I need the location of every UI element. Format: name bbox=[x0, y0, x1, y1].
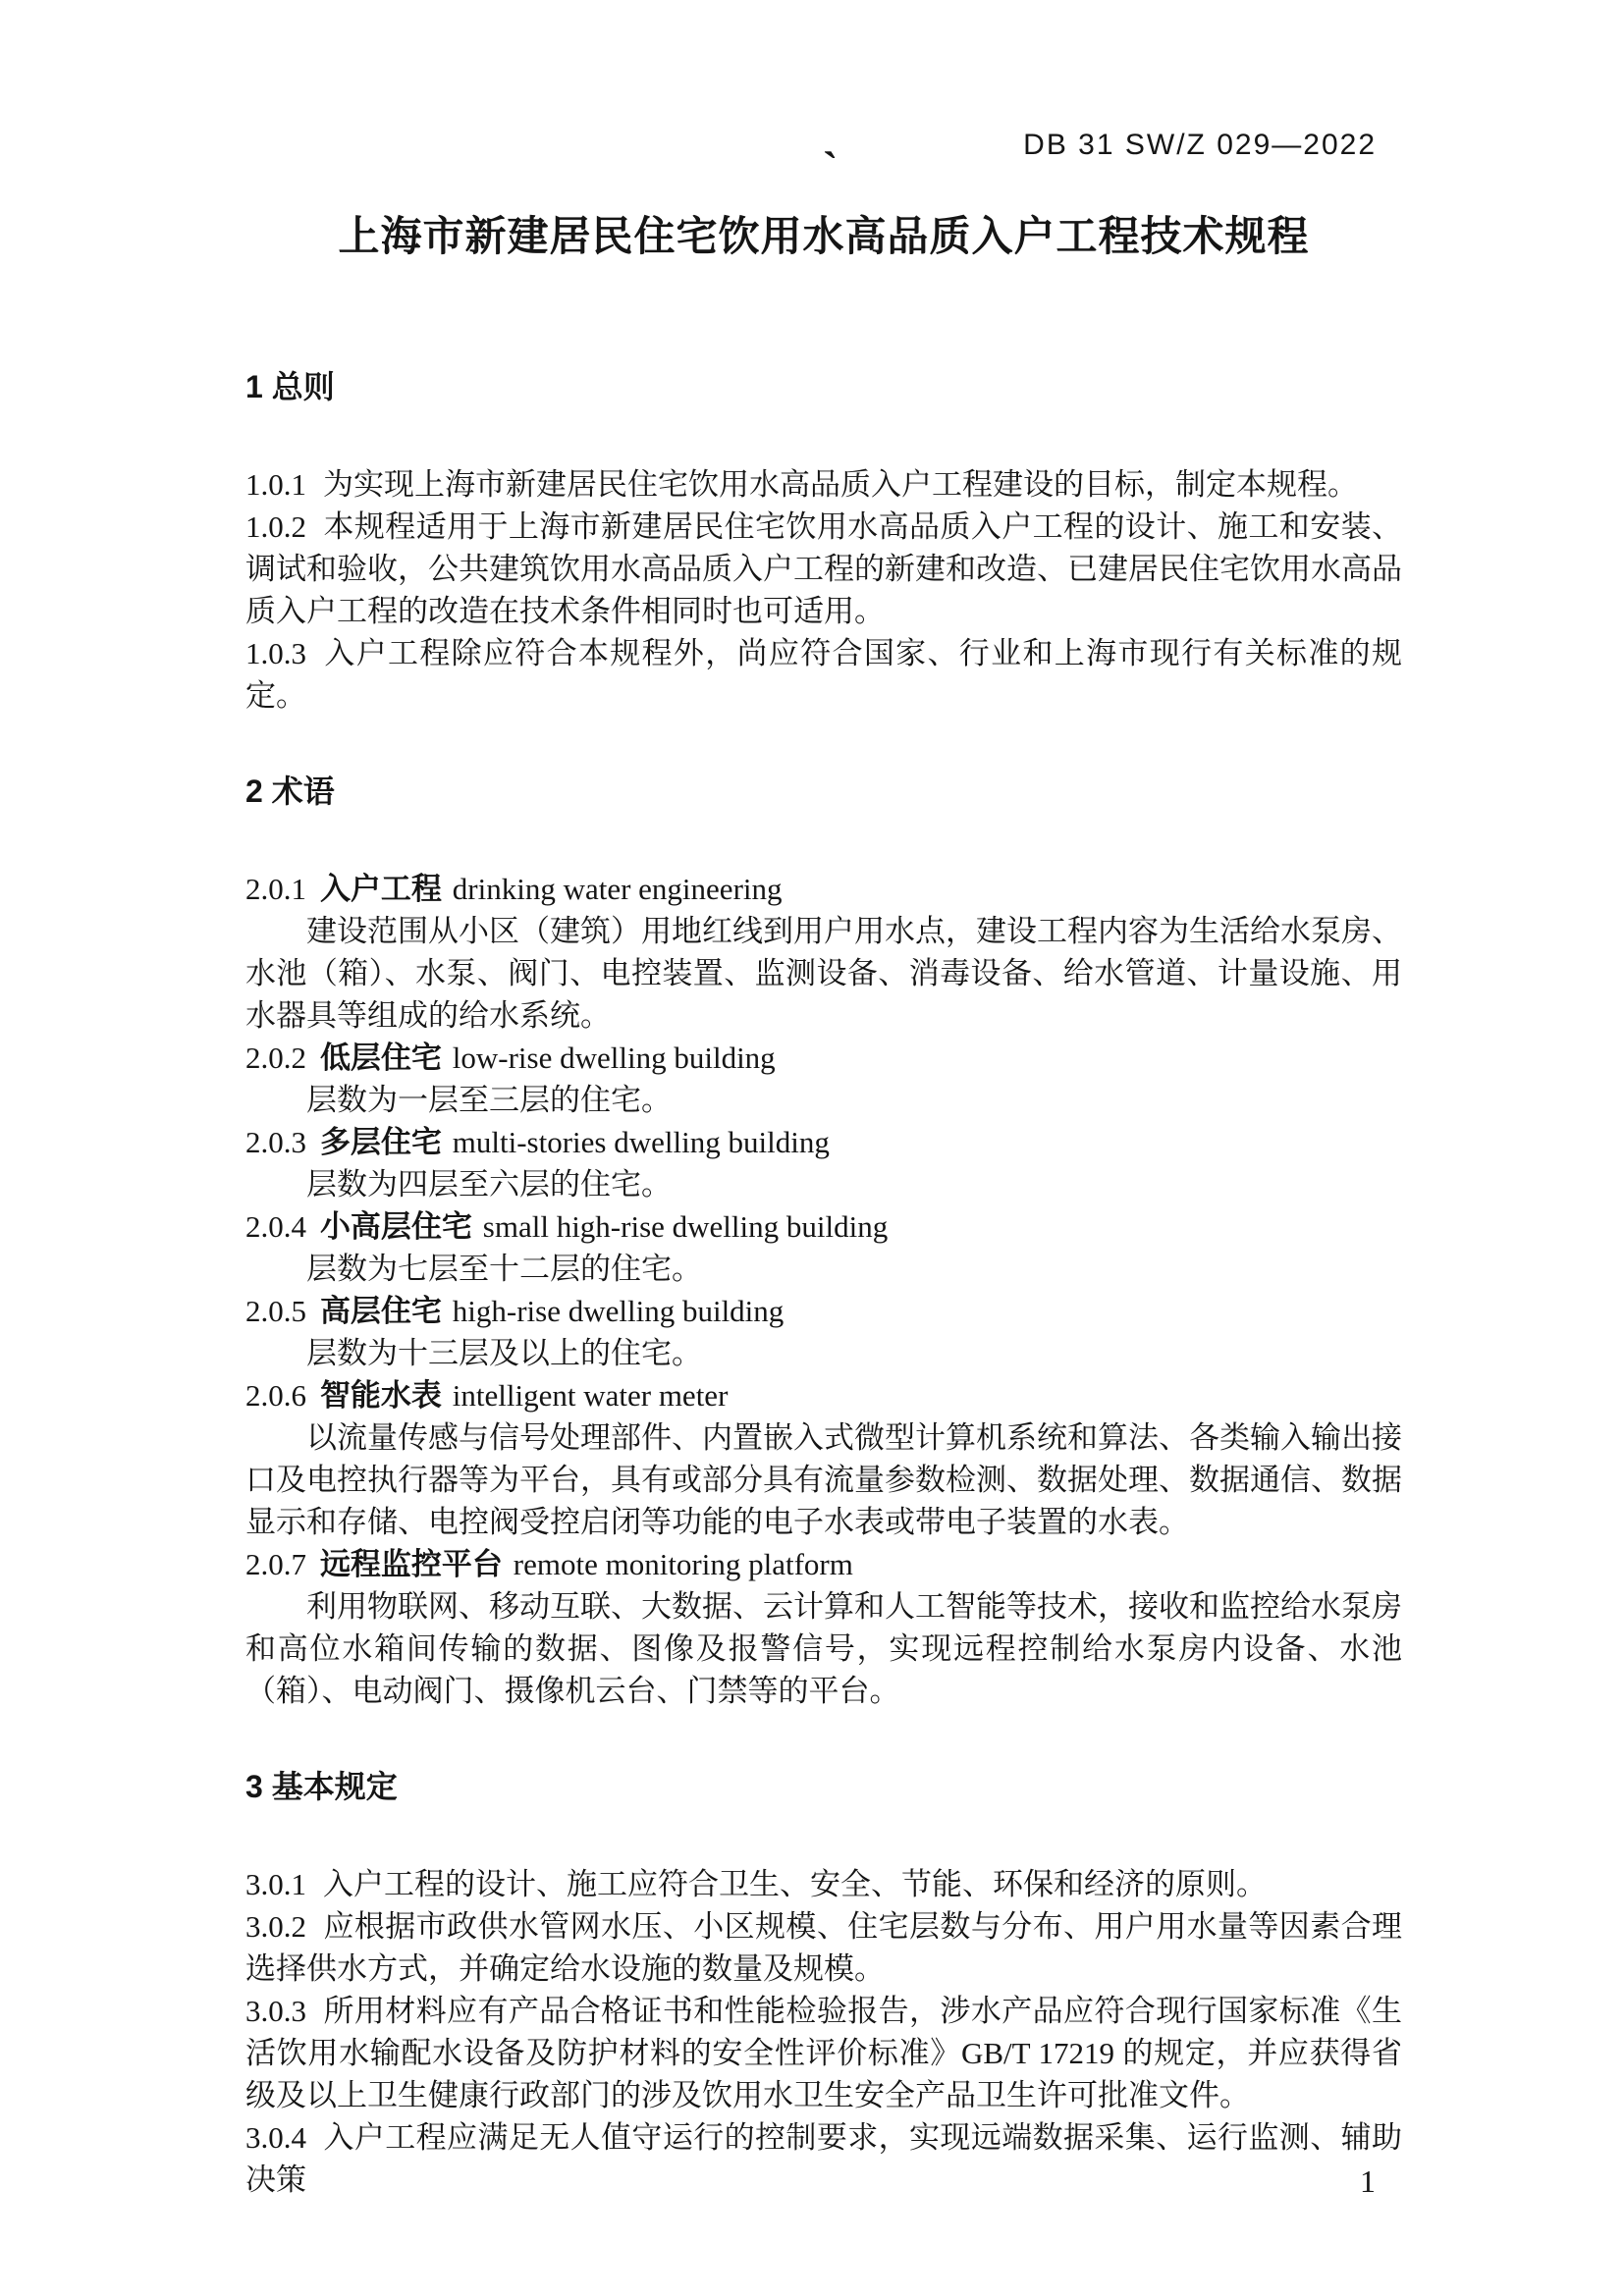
term-english: multi-stories dwelling building bbox=[453, 1125, 830, 1159]
term-entry: 2.0.3多层住宅multi-stories dwelling building bbox=[245, 1121, 1402, 1163]
section-general-provisions: 1 总则 1.0.1为实现上海市新建居民住宅饮用水高品质入户工程建设的目标，制定… bbox=[245, 365, 1402, 717]
term-entry: 2.0.5高层住宅high-rise dwelling building bbox=[245, 1290, 1402, 1332]
term-number: 2.0.1 bbox=[245, 872, 306, 906]
clause-text: 为实现上海市新建居民住宅饮用水高品质入户工程建设的目标，制定本规程。 bbox=[323, 467, 1358, 502]
clause-text: 应根据市政供水管网水压、小区规模、住宅层数与分布、用户用水量等因素合理选择供水方… bbox=[245, 1909, 1402, 1986]
clause-number: 1.0.1 bbox=[245, 467, 306, 502]
term-number: 2.0.6 bbox=[245, 1378, 306, 1413]
term-definition: 利用物联网、移动互联、大数据、云计算和人工智能等技术，接收和监控给水泵房和高位水… bbox=[245, 1585, 1402, 1712]
document-title: 上海市新建居民住宅饮用水高品质入户工程技术规程 bbox=[245, 206, 1402, 267]
clause: 3.0.1入户工程的设计、施工应符合卫生、安全、节能、环保和经济的原则。 bbox=[245, 1863, 1402, 1905]
term-number: 2.0.4 bbox=[245, 1209, 306, 1244]
clause-text: 入户工程应满足无人值守运行的控制要求，实现远端数据采集、运行监测、辅助决策 bbox=[245, 2120, 1402, 2197]
term-entry: 2.0.1入户工程drinking water engineering bbox=[245, 868, 1402, 910]
term-entry: 2.0.4小高层住宅small high-rise dwelling build… bbox=[245, 1205, 1402, 1248]
term-number: 2.0.5 bbox=[245, 1294, 306, 1328]
term-entry: 2.0.6智能水表intelligent water meter bbox=[245, 1374, 1402, 1416]
section-heading: 1 总则 bbox=[245, 365, 1402, 408]
clause-number: 3.0.4 bbox=[245, 2120, 306, 2155]
clause-text: 本规程适用于上海市新建居民住宅饮用水高品质入户工程的设计、施工和安装、调试和验收… bbox=[245, 509, 1402, 628]
term-english: high-rise dwelling building bbox=[453, 1294, 785, 1328]
term-entry: 2.0.2低层住宅low-rise dwelling building bbox=[245, 1037, 1402, 1079]
clause-number: 1.0.3 bbox=[245, 636, 306, 670]
stray-ink-mark: ` bbox=[823, 145, 838, 190]
clause-text: 入户工程的设计、施工应符合卫生、安全、节能、环保和经济的原则。 bbox=[323, 1867, 1267, 1901]
clause-number: 3.0.3 bbox=[245, 1994, 306, 2028]
term-number: 2.0.2 bbox=[245, 1041, 306, 1075]
page-number: 1 bbox=[1360, 2162, 1376, 2201]
section-terminology: 2 术语 2.0.1入户工程drinking water engineering… bbox=[245, 770, 1402, 1712]
term-english: remote monitoring platform bbox=[514, 1547, 853, 1581]
term-definition: 层数为一层至三层的住宅。 bbox=[245, 1079, 1402, 1121]
term-definition: 层数为四层至六层的住宅。 bbox=[245, 1163, 1402, 1205]
term-definition: 建设范围从小区（建筑）用地红线到用户用水点，建设工程内容为生活给水泵房、水池（箱… bbox=[245, 910, 1402, 1037]
clause: 1.0.3入户工程除应符合本规程外，尚应符合国家、行业和上海市现行有关标准的规定… bbox=[245, 632, 1402, 717]
clause: 1.0.2本规程适用于上海市新建居民住宅饮用水高品质入户工程的设计、施工和安装、… bbox=[245, 506, 1402, 632]
term-english: small high-rise dwelling building bbox=[483, 1209, 888, 1244]
page-content: DB 31 SW/Z 029—2022 上海市新建居民住宅饮用水高品质入户工程技… bbox=[245, 0, 1402, 2201]
term-definition: 以流量传感与信号处理部件、内置嵌入式微型计算机系统和算法、各类输入输出接口及电控… bbox=[245, 1416, 1402, 1543]
clause: 1.0.1为实现上海市新建居民住宅饮用水高品质入户工程建设的目标，制定本规程。 bbox=[245, 463, 1402, 506]
clause-number: 1.0.2 bbox=[245, 509, 306, 544]
term-definition: 层数为七层至十二层的住宅。 bbox=[245, 1248, 1402, 1290]
clause-number: 3.0.2 bbox=[245, 1909, 306, 1944]
clause-number: 3.0.1 bbox=[245, 1867, 306, 1901]
clause-text: 所用材料应有产品合格证书和性能检验报告，涉水产品应符合现行国家标准《生活饮用水输… bbox=[245, 1994, 1402, 2112]
term-chinese: 多层住宅 bbox=[320, 1125, 442, 1159]
section-heading: 3 基本规定 bbox=[245, 1765, 1402, 1808]
term-chinese: 智能水表 bbox=[320, 1378, 442, 1413]
clause-text: 入户工程除应符合本规程外，尚应符合国家、行业和上海市现行有关标准的规定。 bbox=[245, 636, 1402, 713]
clause: 3.0.2应根据市政供水管网水压、小区规模、住宅层数与分布、用户用水量等因素合理… bbox=[245, 1905, 1402, 1990]
term-definition: 层数为十三层及以上的住宅。 bbox=[245, 1332, 1402, 1374]
term-number: 2.0.3 bbox=[245, 1125, 306, 1159]
section-heading: 2 术语 bbox=[245, 770, 1402, 813]
document-page: ` DB 31 SW/Z 029—2022 上海市新建居民住宅饮用水高品质入户工… bbox=[0, 0, 1624, 2296]
clause: 3.0.3所用材料应有产品合格证书和性能检验报告，涉水产品应符合现行国家标准《生… bbox=[245, 1990, 1402, 2116]
term-entry: 2.0.7远程监控平台remote monitoring platform bbox=[245, 1543, 1402, 1585]
term-english: intelligent water meter bbox=[453, 1378, 729, 1413]
standard-code: DB 31 SW/Z 029—2022 bbox=[245, 0, 1402, 163]
term-english: low-rise dwelling building bbox=[453, 1041, 776, 1075]
term-chinese: 高层住宅 bbox=[320, 1294, 442, 1328]
term-english: drinking water engineering bbox=[453, 872, 783, 906]
term-chinese: 低层住宅 bbox=[320, 1041, 442, 1075]
term-chinese: 小高层住宅 bbox=[320, 1209, 472, 1244]
clause: 3.0.4入户工程应满足无人值守运行的控制要求，实现远端数据采集、运行监测、辅助… bbox=[245, 2116, 1402, 2201]
term-chinese: 远程监控平台 bbox=[320, 1547, 503, 1581]
term-chinese: 入户工程 bbox=[320, 872, 442, 906]
section-basic-requirements: 3 基本规定 3.0.1入户工程的设计、施工应符合卫生、安全、节能、环保和经济的… bbox=[245, 1765, 1402, 2201]
term-number: 2.0.7 bbox=[245, 1547, 306, 1581]
